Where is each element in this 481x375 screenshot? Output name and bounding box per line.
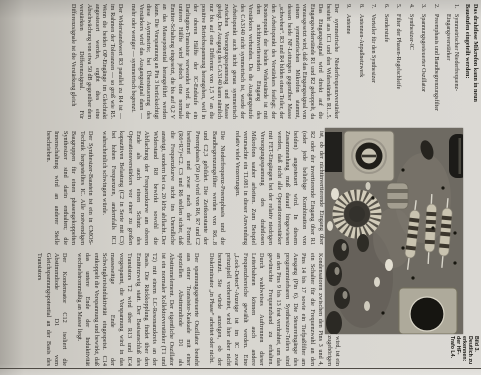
- photo-caption-text: Deutlich zu erkennen: der HF-Trafo L4.: [449, 336, 473, 364]
- list-item-number: 3.: [419, 4, 427, 9]
- list-item-label: Antennen-Anpaßnetzwerk: [358, 14, 364, 77]
- paragraph: Alles, was an Bauteilen benötigt wird, i…: [207, 253, 342, 366]
- paragraph: Der Synthesizer-Baustein ist ein in CMOS…: [44, 131, 94, 245]
- list-item: 3. Spannungsgesteuerter Oszillator: [419, 4, 427, 119]
- paragraph: dem Verhältnis R3/R1, wobei es gleichgül…: [232, 131, 333, 245]
- list-item: 5. Filter der Phasen-Regelschleife: [394, 4, 402, 119]
- list-item-label: Preemphasis und Bandbegrenzungsfilter: [433, 14, 439, 111]
- component-block: [325, 132, 342, 172]
- rotated-page: Das drahtlose Mikrofon kann in neun Baus…: [0, 0, 481, 375]
- list-item: 1. Symmetrischer Niederfrequenz-Eingangs…: [444, 4, 459, 119]
- paragraph: Der symmetrische Niederfrequenzverstärke…: [128, 4, 339, 119]
- list-item: 6. Senderstufe: [381, 4, 389, 119]
- stage-list: 1. Symmetrischer Niederfrequenz-Eingangs…: [344, 4, 459, 119]
- paragraph: Der Widerstandswert R3 parallel zu R4 is…: [69, 4, 124, 119]
- list-item-number: 4.: [406, 4, 414, 9]
- crystal-can: [399, 288, 457, 334]
- list-item: 8. Antennen-Anpaßnetzwerk: [356, 4, 364, 119]
- list-item: 2. Preemphasis und Bandbegrenzungsfilter: [431, 4, 439, 119]
- list-item-label: Vorteiler für den Synthesizer: [370, 14, 376, 83]
- photo-caption: Bild 3. Deutlich zu erkennen: der HF-Tra…: [449, 336, 479, 367]
- list-item-label: Synthesizer-IC: [408, 14, 414, 50]
- intro-heading: Das drahtlose Mikrofon kann in neun Baus…: [463, 4, 478, 119]
- list-item-label: Senderstufe: [383, 14, 389, 42]
- list-item-number: 5.: [394, 4, 402, 9]
- list-item-number: 7.: [369, 4, 377, 9]
- body-column-1: Das drahtlose Mikrofon kann in neun Baus…: [64, 4, 479, 119]
- list-item-label: Filter der Phasen-Regelschleife: [395, 14, 401, 89]
- paragraph: Der spannungsgesteuerte Oszillator beste…: [74, 253, 200, 366]
- list-item-number: 9.: [344, 4, 352, 9]
- metal-coil-can: [344, 131, 394, 181]
- list-item-label: Symmetrischer Niederfrequenz-Eingangsver…: [445, 14, 459, 91]
- scanned-magazine-page: Das drahtlose Mikrofon kann in neun Baus…: [0, 0, 481, 375]
- list-item-number: 2.: [431, 4, 439, 9]
- photo-caption-title: Bild 3.: [473, 336, 479, 367]
- list-item-number: 1.: [451, 4, 459, 9]
- list-item: 9. Antenne: [344, 4, 352, 119]
- page-margin-rule: [0, 368, 481, 369]
- list-item-label: Antenne: [345, 14, 351, 34]
- pcb-photo-illustration: [325, 128, 463, 334]
- list-item-number: 8.: [356, 4, 364, 9]
- paragraph: Der Kondensator C12 isoliert die Abstimm…: [35, 253, 69, 366]
- pcb-photo: [325, 128, 463, 334]
- trimmer-cylinder: [387, 183, 408, 209]
- list-item: 4. Synthesizer-IC: [406, 4, 414, 119]
- list-item-number: 6.: [381, 4, 389, 9]
- list-item: 7. Vorteiler für den Synthesizer: [369, 4, 377, 119]
- list-item-label: Spannungsgesteuerter Oszillator: [420, 14, 426, 92]
- paragraph: Die Niederfrequenz-Preemphasis und die B…: [100, 131, 226, 245]
